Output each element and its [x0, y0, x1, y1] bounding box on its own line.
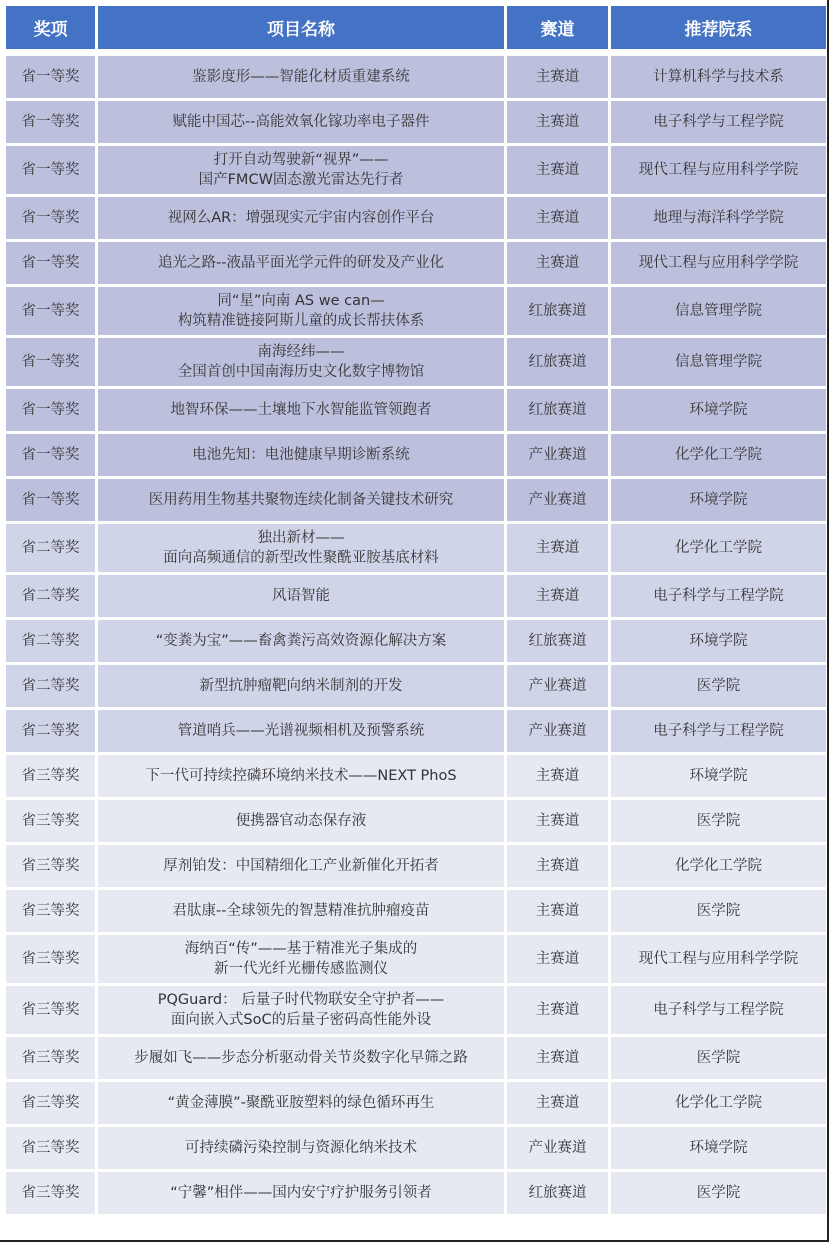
header-gap [6, 52, 826, 53]
project-name-line: 地智环保——土壤地下水智能监管领跑者 [102, 400, 500, 420]
award-cell: 省一等奖 [6, 197, 95, 239]
department-cell: 现代工程与应用科学学院 [611, 935, 826, 983]
project-name-line: 鉴影度形——智能化材质重建系统 [102, 67, 500, 87]
track-cell: 主赛道 [507, 1037, 608, 1079]
department-cell: 电子科学与工程学院 [611, 575, 826, 617]
award-cell: 省三等奖 [6, 755, 95, 797]
project-name-cell: 同“星”向南 AS we can—构筑精准链接阿斯儿童的成长帮扶体系 [98, 287, 504, 335]
table-row: 省二等奖管道哨兵——光谱视频相机及预警系统产业赛道电子科学与工程学院 [6, 710, 826, 752]
track-cell: 主赛道 [507, 101, 608, 143]
header-track: 赛道 [507, 6, 608, 49]
award-cell: 省二等奖 [6, 620, 95, 662]
department-cell: 医学院 [611, 1172, 826, 1214]
track-cell: 主赛道 [507, 242, 608, 284]
track-cell: 主赛道 [507, 935, 608, 983]
table-row: 省二等奖新型抗肿瘤靶向纳米制剂的开发产业赛道医学院 [6, 665, 826, 707]
department-cell: 现代工程与应用科学学院 [611, 242, 826, 284]
department-cell: 电子科学与工程学院 [611, 710, 826, 752]
award-cell: 省三等奖 [6, 986, 95, 1034]
department-cell: 医学院 [611, 1037, 826, 1079]
award-cell: 省一等奖 [6, 146, 95, 194]
header-project-name: 项目名称 [98, 6, 504, 49]
table-body: 省一等奖鉴影度形——智能化材质重建系统主赛道计算机科学与技术系省一等奖赋能中国芯… [6, 56, 826, 1214]
track-cell: 红旅赛道 [507, 620, 608, 662]
track-cell: 红旅赛道 [507, 1172, 608, 1214]
project-name-line: 新型抗肿瘤靶向纳米制剂的开发 [102, 676, 500, 696]
table-row: 省一等奖鉴影度形——智能化材质重建系统主赛道计算机科学与技术系 [6, 56, 826, 98]
project-name-cell: 视网么AR：增强现实元宇宙内容创作平台 [98, 197, 504, 239]
project-name-cell: “黄金薄膜”-聚酰亚胺塑料的绿色循环再生 [98, 1082, 504, 1124]
track-cell: 产业赛道 [507, 1127, 608, 1169]
project-name-cell: 海纳百“传”——基于精准光子集成的新一代光纤光栅传感监测仪 [98, 935, 504, 983]
project-name-line: PQGuard： 后量子时代物联安全守护者—— [102, 990, 500, 1010]
table-row: 省一等奖地智环保——土壤地下水智能监管领跑者红旅赛道环境学院 [6, 389, 826, 431]
project-name-line: 风语智能 [102, 586, 500, 606]
track-cell: 主赛道 [507, 56, 608, 98]
award-cell: 省三等奖 [6, 1082, 95, 1124]
department-cell: 现代工程与应用科学学院 [611, 146, 826, 194]
project-name-cell: 医用药用生物基共聚物连续化制备关键技术研究 [98, 479, 504, 521]
award-cell: 省三等奖 [6, 1172, 95, 1214]
table-row: 省一等奖赋能中国芯--高能效氧化镓功率电子器件主赛道电子科学与工程学院 [6, 101, 826, 143]
department-cell: 地理与海洋科学学院 [611, 197, 826, 239]
table-row: 省三等奖“黄金薄膜”-聚酰亚胺塑料的绿色循环再生主赛道化学化工学院 [6, 1082, 826, 1124]
award-cell: 省一等奖 [6, 242, 95, 284]
project-name-line: 厚剂铂发：中国精细化工产业新催化开拓者 [102, 856, 500, 876]
project-name-line: 全国首创中国南海历史文化数字博物馆 [102, 362, 500, 382]
project-name-line: 南海经纬—— [102, 342, 500, 362]
award-cell: 省三等奖 [6, 1127, 95, 1169]
project-name-line: “黄金薄膜”-聚酰亚胺塑料的绿色循环再生 [102, 1093, 500, 1113]
table-row: 省一等奖医用药用生物基共聚物连续化制备关键技术研究产业赛道环境学院 [6, 479, 826, 521]
project-name-cell: 地智环保——土壤地下水智能监管领跑者 [98, 389, 504, 431]
project-name-line: 面向嵌入式SoC的后量子密码高性能外设 [102, 1010, 500, 1030]
project-name-line: 海纳百“传”——基于精准光子集成的 [102, 939, 500, 959]
department-cell: 电子科学与工程学院 [611, 101, 826, 143]
project-name-cell: 君肽康--全球领先的智慧精准抗肿瘤疫苗 [98, 890, 504, 932]
track-cell: 产业赛道 [507, 710, 608, 752]
project-name-cell: 南海经纬——全国首创中国南海历史文化数字博物馆 [98, 338, 504, 386]
department-cell: 化学化工学院 [611, 1082, 826, 1124]
project-name-line: 追光之路--液晶平面光学元件的研发及产业化 [102, 253, 500, 273]
project-name-cell: 风语智能 [98, 575, 504, 617]
project-name-cell: “变粪为宝”——畜禽粪污高效资源化解决方案 [98, 620, 504, 662]
track-cell: 产业赛道 [507, 479, 608, 521]
project-name-line: 医用药用生物基共聚物连续化制备关键技术研究 [102, 490, 500, 510]
department-cell: 医学院 [611, 800, 826, 842]
department-cell: 环境学院 [611, 479, 826, 521]
project-name-cell: 独出新材——面向高频通信的新型改性聚酰亚胺基底材料 [98, 524, 504, 572]
department-cell: 化学化工学院 [611, 524, 826, 572]
award-cell: 省二等奖 [6, 710, 95, 752]
project-name-cell: 打开自动驾驶新“视界”——国产FMCW固态激光雷达先行者 [98, 146, 504, 194]
table-row: 省三等奖厚剂铂发：中国精细化工产业新催化开拓者主赛道化学化工学院 [6, 845, 826, 887]
project-name-line: 视网么AR：增强现实元宇宙内容创作平台 [102, 208, 500, 228]
project-name-cell: 步履如飞——步态分析驱动骨关节炎数字化早筛之路 [98, 1037, 504, 1079]
track-cell: 红旅赛道 [507, 389, 608, 431]
department-cell: 环境学院 [611, 389, 826, 431]
project-name-line: 构筑精准链接阿斯儿童的成长帮扶体系 [102, 311, 500, 331]
project-name-cell: 可持续磷污染控制与资源化纳米技术 [98, 1127, 504, 1169]
track-cell: 红旅赛道 [507, 338, 608, 386]
project-name-line: 同“星”向南 AS we can— [102, 291, 500, 311]
table-row: 省三等奖“宁馨”相伴——国内安宁疗护服务引领者红旅赛道医学院 [6, 1172, 826, 1214]
project-name-line: 新一代光纤光栅传感监测仪 [102, 959, 500, 979]
project-name-line: 便携器官动态保存液 [102, 811, 500, 831]
award-cell: 省一等奖 [6, 287, 95, 335]
project-name-line: 打开自动驾驶新“视界”—— [102, 150, 500, 170]
track-cell: 主赛道 [507, 800, 608, 842]
table-row: 省三等奖PQGuard： 后量子时代物联安全守护者——面向嵌入式SoC的后量子密… [6, 986, 826, 1034]
project-name-cell: 追光之路--液晶平面光学元件的研发及产业化 [98, 242, 504, 284]
track-cell: 主赛道 [507, 146, 608, 194]
project-name-cell: “宁馨”相伴——国内安宁疗护服务引领者 [98, 1172, 504, 1214]
department-cell: 计算机科学与技术系 [611, 56, 826, 98]
project-name-line: 赋能中国芯--高能效氧化镓功率电子器件 [102, 112, 500, 132]
track-cell: 主赛道 [507, 197, 608, 239]
award-cell: 省二等奖 [6, 575, 95, 617]
table-row: 省三等奖步履如飞——步态分析驱动骨关节炎数字化早筛之路主赛道医学院 [6, 1037, 826, 1079]
project-name-line: 君肽康--全球领先的智慧精准抗肿瘤疫苗 [102, 901, 500, 921]
department-cell: 环境学院 [611, 620, 826, 662]
table-row: 省三等奖可持续磷污染控制与资源化纳米技术产业赛道环境学院 [6, 1127, 826, 1169]
department-cell: 环境学院 [611, 755, 826, 797]
project-name-cell: 便携器官动态保存液 [98, 800, 504, 842]
table-row: 省三等奖海纳百“传”——基于精准光子集成的新一代光纤光栅传感监测仪主赛道现代工程… [6, 935, 826, 983]
track-cell: 红旅赛道 [507, 287, 608, 335]
header-row: 奖项 项目名称 赛道 推荐院系 [6, 6, 826, 49]
project-name-cell: 鉴影度形——智能化材质重建系统 [98, 56, 504, 98]
award-cell: 省一等奖 [6, 338, 95, 386]
award-cell: 省一等奖 [6, 479, 95, 521]
track-cell: 产业赛道 [507, 665, 608, 707]
project-name-line: 面向高频通信的新型改性聚酰亚胺基底材料 [102, 548, 500, 568]
track-cell: 主赛道 [507, 575, 608, 617]
project-name-line: 管道哨兵——光谱视频相机及预警系统 [102, 721, 500, 741]
award-cell: 省一等奖 [6, 101, 95, 143]
award-cell: 省三等奖 [6, 890, 95, 932]
project-name-cell: 电池先知：电池健康早期诊断系统 [98, 434, 504, 476]
department-cell: 化学化工学院 [611, 845, 826, 887]
project-name-line: “宁馨”相伴——国内安宁疗护服务引领者 [102, 1183, 500, 1203]
project-name-line: “变粪为宝”——畜禽粪污高效资源化解决方案 [102, 631, 500, 651]
table-row: 省三等奖君肽康--全球领先的智慧精准抗肿瘤疫苗主赛道医学院 [6, 890, 826, 932]
track-cell: 产业赛道 [507, 434, 608, 476]
project-name-cell: 新型抗肿瘤靶向纳米制剂的开发 [98, 665, 504, 707]
project-name-line: 步履如飞——步态分析驱动骨关节炎数字化早筛之路 [102, 1048, 500, 1068]
header-department: 推荐院系 [611, 6, 826, 49]
project-name-cell: 下一代可持续控磷环境纳米技术——NEXT PhoS [98, 755, 504, 797]
department-cell: 环境学院 [611, 1127, 826, 1169]
table-row: 省三等奖下一代可持续控磷环境纳米技术——NEXT PhoS主赛道环境学院 [6, 755, 826, 797]
project-name-line: 独出新材—— [102, 528, 500, 548]
project-name-cell: 管道哨兵——光谱视频相机及预警系统 [98, 710, 504, 752]
project-name-line: 下一代可持续控磷环境纳米技术——NEXT PhoS [102, 766, 500, 786]
table-row: 省一等奖打开自动驾驶新“视界”——国产FMCW固态激光雷达先行者主赛道现代工程与… [6, 146, 826, 194]
table-row: 省一等奖视网么AR：增强现实元宇宙内容创作平台主赛道地理与海洋科学学院 [6, 197, 826, 239]
department-cell: 化学化工学院 [611, 434, 826, 476]
table-row: 省一等奖追光之路--液晶平面光学元件的研发及产业化主赛道现代工程与应用科学学院 [6, 242, 826, 284]
department-cell: 医学院 [611, 665, 826, 707]
table-row: 省二等奖独出新材——面向高频通信的新型改性聚酰亚胺基底材料主赛道化学化工学院 [6, 524, 826, 572]
project-name-line: 电池先知：电池健康早期诊断系统 [102, 445, 500, 465]
project-name-line: 可持续磷污染控制与资源化纳米技术 [102, 1138, 500, 1158]
table-row: 省一等奖南海经纬——全国首创中国南海历史文化数字博物馆红旅赛道信息管理学院 [6, 338, 826, 386]
award-cell: 省三等奖 [6, 1037, 95, 1079]
award-cell: 省二等奖 [6, 665, 95, 707]
award-cell: 省二等奖 [6, 524, 95, 572]
header-award: 奖项 [6, 6, 95, 49]
table-row: 省二等奖风语智能主赛道电子科学与工程学院 [6, 575, 826, 617]
track-cell: 主赛道 [507, 755, 608, 797]
award-cell: 省三等奖 [6, 845, 95, 887]
department-cell: 信息管理学院 [611, 287, 826, 335]
project-name-cell: PQGuard： 后量子时代物联安全守护者——面向嵌入式SoC的后量子密码高性能… [98, 986, 504, 1034]
table-row: 省二等奖“变粪为宝”——畜禽粪污高效资源化解决方案红旅赛道环境学院 [6, 620, 826, 662]
track-cell: 主赛道 [507, 986, 608, 1034]
award-cell: 省三等奖 [6, 935, 95, 983]
award-cell: 省三等奖 [6, 800, 95, 842]
award-cell: 省一等奖 [6, 434, 95, 476]
table-row: 省一等奖电池先知：电池健康早期诊断系统产业赛道化学化工学院 [6, 434, 826, 476]
award-cell: 省一等奖 [6, 56, 95, 98]
track-cell: 主赛道 [507, 845, 608, 887]
track-cell: 主赛道 [507, 524, 608, 572]
award-cell: 省一等奖 [6, 389, 95, 431]
awards-table: 奖项 项目名称 赛道 推荐院系 省一等奖鉴影度形——智能化材质重建系统主赛道计算… [3, 3, 829, 1217]
track-cell: 主赛道 [507, 1082, 608, 1124]
project-name-line: 国产FMCW固态激光雷达先行者 [102, 170, 500, 190]
department-cell: 电子科学与工程学院 [611, 986, 826, 1034]
project-name-cell: 赋能中国芯--高能效氧化镓功率电子器件 [98, 101, 504, 143]
department-cell: 信息管理学院 [611, 338, 826, 386]
track-cell: 主赛道 [507, 890, 608, 932]
department-cell: 医学院 [611, 890, 826, 932]
project-name-cell: 厚剂铂发：中国精细化工产业新催化开拓者 [98, 845, 504, 887]
table-row: 省三等奖便携器官动态保存液主赛道医学院 [6, 800, 826, 842]
table-row: 省一等奖同“星”向南 AS we can—构筑精准链接阿斯儿童的成长帮扶体系红旅… [6, 287, 826, 335]
